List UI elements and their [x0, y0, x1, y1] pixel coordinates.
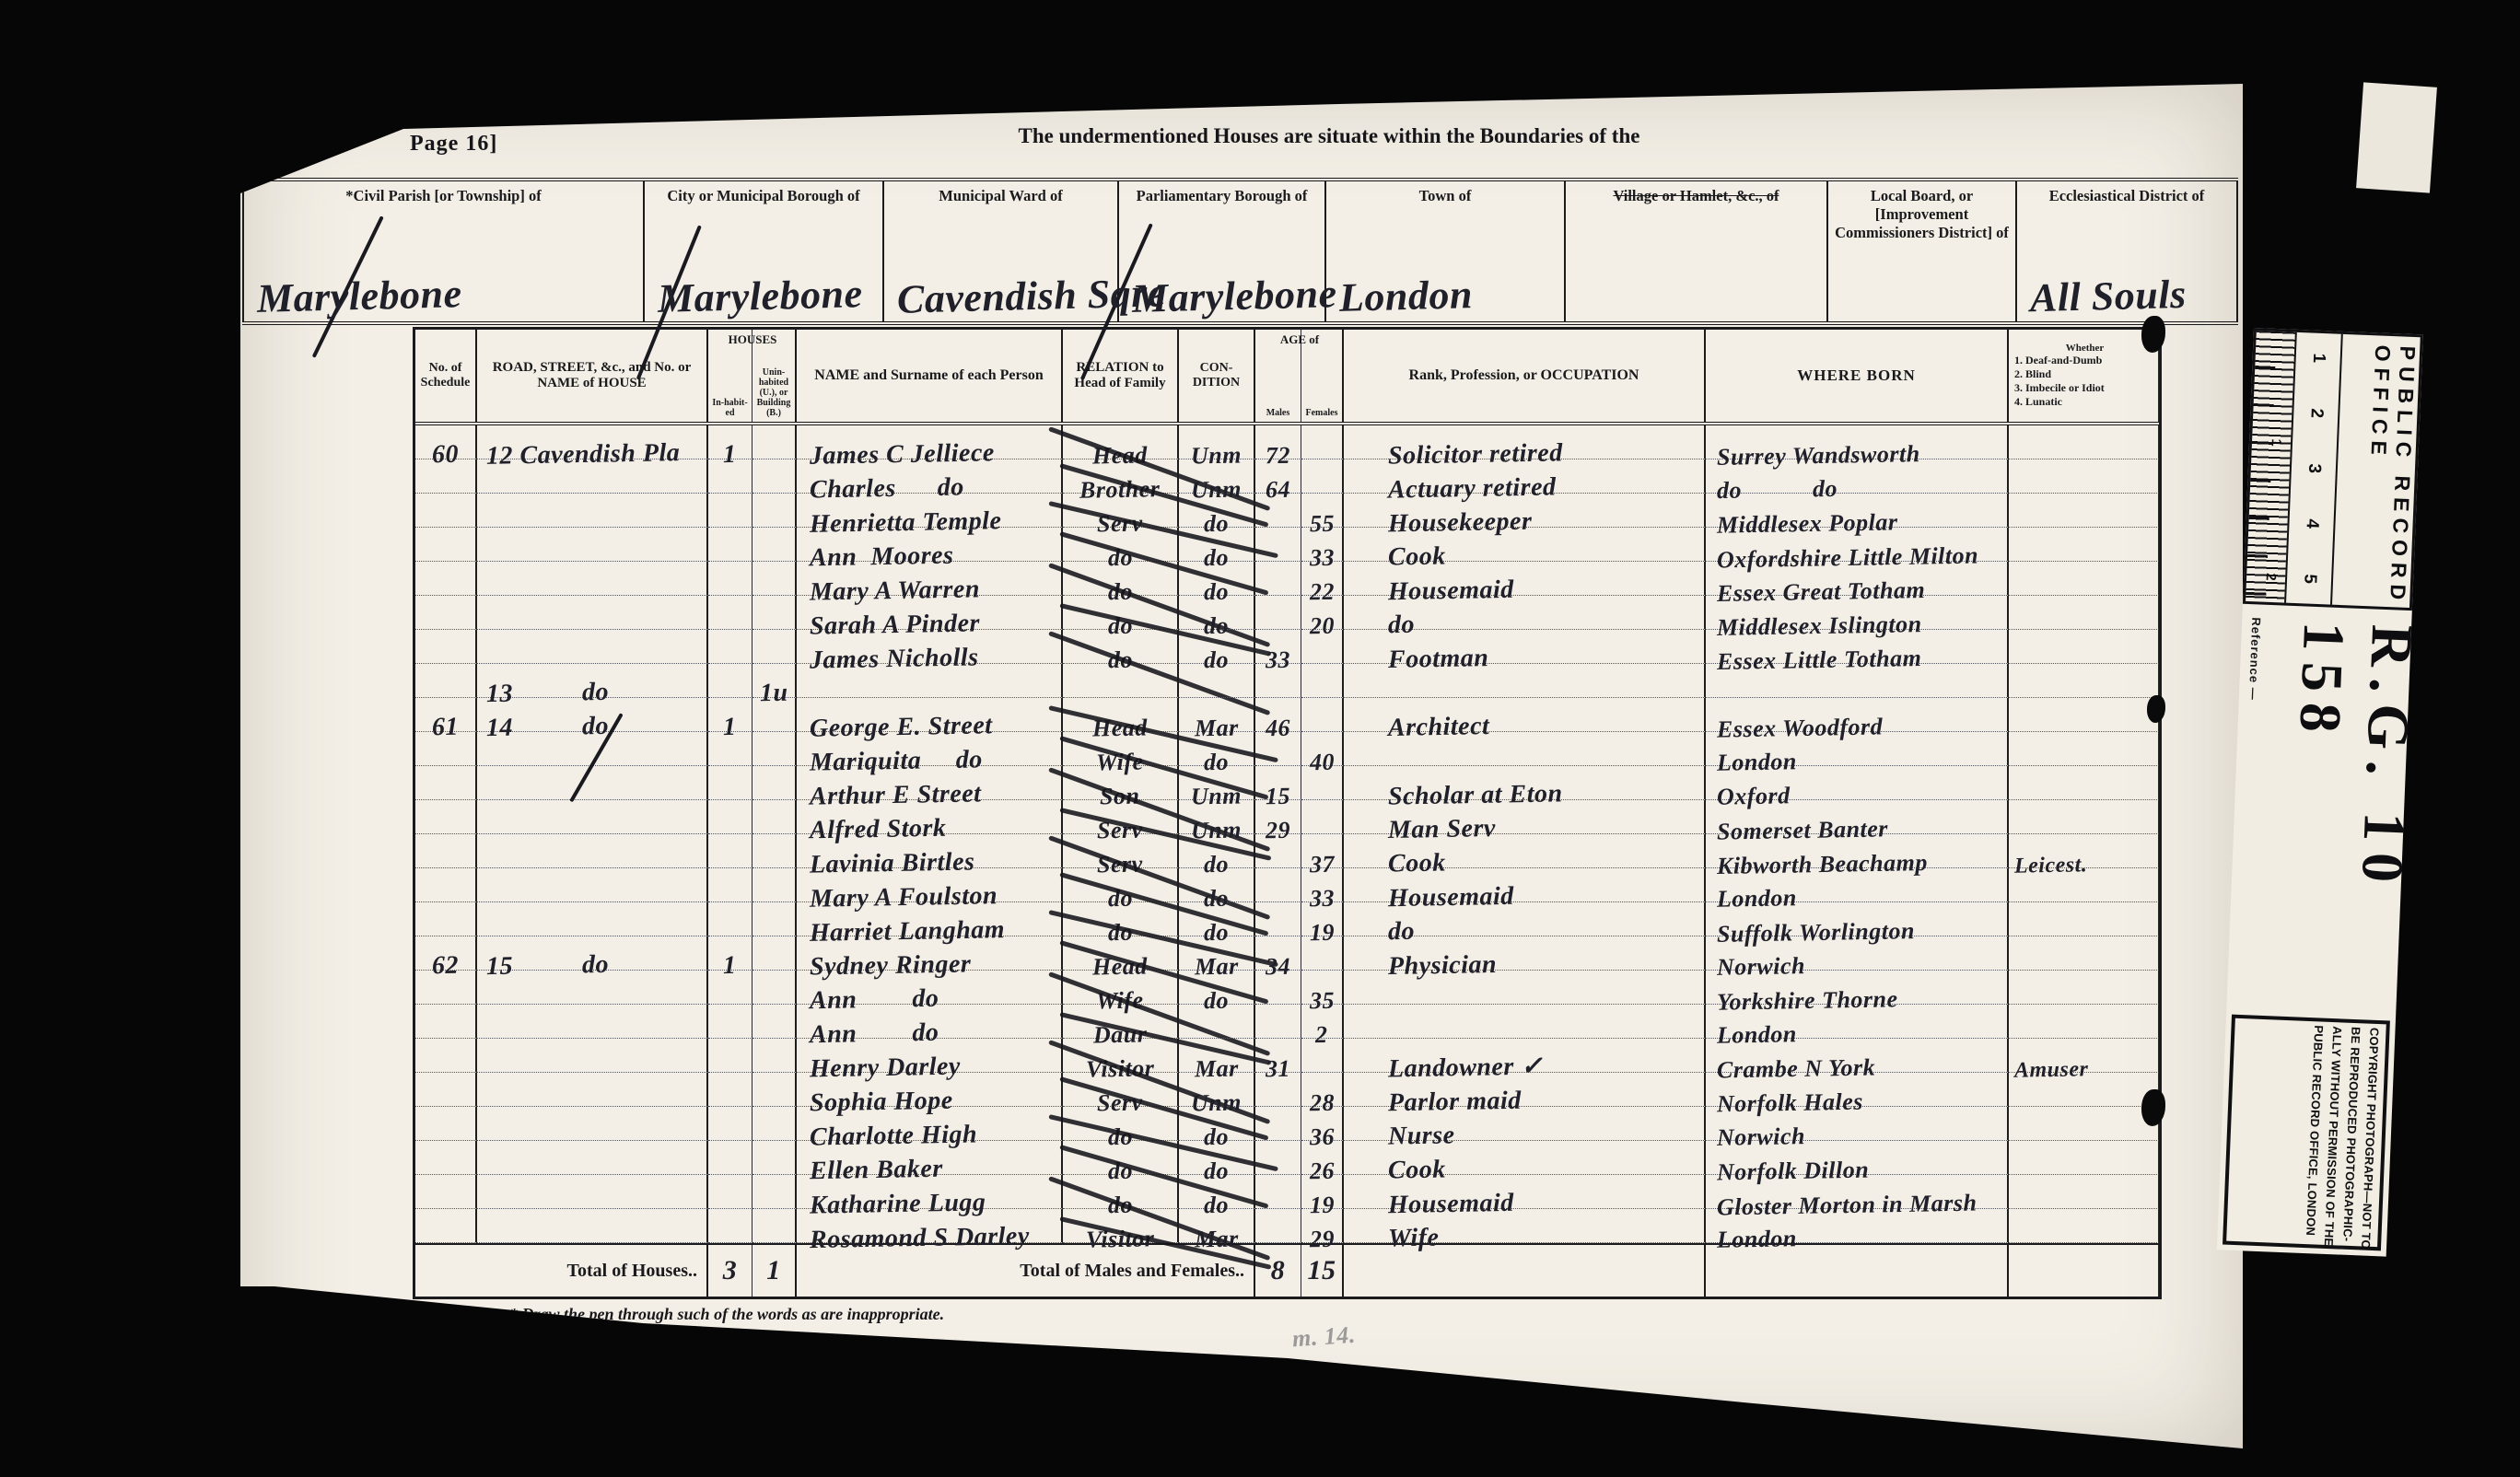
cell-occupation: Actuary retired: [1344, 459, 1706, 494]
header-inhabited: HOUSES In-habit-ed: [708, 330, 752, 422]
cell-schedule: [415, 800, 477, 834]
district-value: Marylebone: [256, 270, 462, 322]
cell-remarks: Leicest.: [2009, 834, 2159, 868]
table-row: Charlotte Highdodo36NurseNorwich: [415, 1107, 2159, 1141]
header-females-label: Females: [1306, 408, 1338, 418]
table-row: Ellen Bakerdodo26CookNorfolk Dillon: [415, 1141, 2159, 1175]
cell-age_f: 19: [1301, 902, 1344, 936]
reference-label: Reference —: [2246, 617, 2264, 701]
cell-age_m: [1255, 1107, 1301, 1141]
cell-remarks: [2009, 1175, 2159, 1209]
cell-schedule: [415, 1107, 477, 1141]
cell-occupation: do: [1344, 596, 1706, 630]
district-civil-parish: *Civil Parish [or Township] of Marylebon…: [242, 181, 645, 321]
census-table: No. of Schedule ROAD, STREET, &c., and N…: [413, 327, 2162, 1299]
table-row: Henrietta TempleServdo55HousekeeperMiddl…: [415, 494, 2159, 528]
cell-occupation: Architect: [1344, 698, 1706, 732]
cell-road: 12 Cavendish Pla: [477, 425, 708, 459]
cell-inh: [708, 1141, 752, 1175]
totals-empty-remarks: [2009, 1245, 2159, 1297]
cell-age_m: [1255, 1073, 1301, 1107]
cell-born: Oxford: [1706, 766, 2009, 800]
district-value: London: [1338, 271, 1473, 321]
cell-inh: 1: [708, 425, 752, 459]
cell-road: [477, 528, 708, 562]
district-municipal-ward: Municipal Ward of Cavendish Sqre: [884, 181, 1119, 321]
cell-age_f: [1301, 800, 1344, 834]
cell-age_m: 15: [1255, 766, 1301, 800]
cell-relation: Serv: [1063, 1073, 1179, 1107]
cell-condition: Mar: [1179, 1039, 1255, 1073]
district-value: Cavendish Sqre: [896, 269, 1166, 323]
microfilm-frame: Page 16] The undermentioned Houses are s…: [0, 0, 2520, 1477]
cell-name: James C Jelliece: [797, 425, 1063, 459]
cell-born: Yorkshire Thorne: [1706, 971, 2009, 1005]
cell-road: [477, 1073, 708, 1107]
cell-name: Mary A Foulston: [797, 868, 1063, 902]
cell-name: Charles do: [797, 459, 1063, 494]
cell-uninh: [752, 1175, 797, 1209]
cell-age_f: 33: [1301, 528, 1344, 562]
cell-occupation: Nurse: [1344, 1107, 1706, 1141]
cell-remarks: Amuser: [2009, 1039, 2159, 1073]
total-males: 8: [1271, 1255, 1286, 1286]
ruler-cm-number: 2: [2263, 573, 2279, 581]
cell-uninh: [752, 1039, 797, 1073]
district-local-board: Local Board, or [Improvement Commissione…: [1828, 181, 2017, 321]
cell-born: Essex Woodford: [1706, 698, 2009, 732]
cell-schedule: [415, 868, 477, 902]
cell-condition: do: [1179, 494, 1255, 528]
page-number: Page 16]: [410, 132, 497, 157]
header-where-born: WHERE BORN: [1706, 330, 2009, 422]
cell-age_f: 20: [1301, 596, 1344, 630]
district-town: Town of London: [1326, 181, 1566, 321]
cell-age_m: 46: [1255, 698, 1301, 732]
district-label: Local Board, or [Improvement Commissione…: [1828, 181, 2015, 241]
cell-text: Mar: [1194, 1228, 1238, 1250]
cell-name: Arthur E Street: [797, 766, 1063, 800]
cell-occupation: Cook: [1344, 528, 1706, 562]
cell-text: Wife: [1388, 1227, 1440, 1250]
total-houses-label: Total of Houses..: [415, 1245, 708, 1297]
table-row: Mary A Foulstondodo33HousemaidLondon: [415, 868, 2159, 902]
cell-condition: Unm: [1179, 425, 1255, 459]
district-label: Ecclesiastical District of: [2017, 181, 2236, 205]
cell-condition: do: [1179, 630, 1255, 664]
table-row: Henry DarleyVisitorMar31Landowner ✓Cramb…: [415, 1039, 2159, 1073]
header-infirmity: Whether 1. Deaf-and-Dumb 2. Blind 3. Imb…: [2009, 330, 2159, 422]
cell-road: [477, 494, 708, 528]
cell-occupation: Parlor maid: [1344, 1073, 1706, 1107]
cell-name: Henrietta Temple: [797, 494, 1063, 528]
cell-age_f: 33: [1301, 868, 1344, 902]
district-value: All Souls: [2029, 271, 2187, 321]
header-males-label: Males: [1266, 408, 1290, 418]
cell-schedule: [415, 596, 477, 630]
cell-born: Norwich: [1706, 936, 2009, 971]
cell-age_f: 26: [1301, 1141, 1344, 1175]
cell-uninh: [752, 459, 797, 494]
cell-inh: [708, 800, 752, 834]
cell-inh: 1: [708, 936, 752, 971]
cell-uninh: [752, 766, 797, 800]
cell-relation: Wife: [1063, 732, 1179, 766]
cell-occupation: Solicitor retired: [1344, 425, 1706, 459]
cell-remarks: [2009, 425, 2159, 459]
cell-uninh: [752, 630, 797, 664]
cell-age_m: [1255, 562, 1301, 596]
cell-inh: [708, 902, 752, 936]
cell-schedule: [415, 528, 477, 562]
cell-name: Katharine Lugg: [797, 1175, 1063, 1209]
cell-condition: do: [1179, 562, 1255, 596]
header-whether-label: Whether: [2066, 343, 2105, 355]
header-condition: CON- DITION: [1179, 330, 1255, 422]
cell-born: London: [1706, 1209, 2009, 1243]
cell-road: [477, 902, 708, 936]
header-schedule: No. of Schedule: [415, 330, 477, 422]
cell-relation: Visitor: [1063, 1209, 1179, 1243]
cell-inh: [708, 562, 752, 596]
cell-road: [477, 971, 708, 1005]
cell-occupation: Housemaid: [1344, 562, 1706, 596]
cell-road: [477, 1175, 708, 1209]
cell-occupation: Cook: [1344, 1141, 1706, 1175]
cell-relation: Head: [1063, 936, 1179, 971]
table-row: Rosamond S DarleyVisitorMar29WifeLondon: [415, 1209, 2159, 1243]
cell-inh: [708, 1209, 752, 1243]
cell-occupation: Cook: [1344, 834, 1706, 868]
cell-age_f: 36: [1301, 1107, 1344, 1141]
cell-age_m: [1255, 664, 1301, 698]
table-row: Mary A Warrendodo22HousemaidEssex Great …: [415, 562, 2159, 596]
cell-relation: do: [1063, 1141, 1179, 1175]
cell-uninh: [752, 528, 797, 562]
totals-empty-occupation: [1344, 1245, 1706, 1297]
cell-inh: [708, 528, 752, 562]
cell-condition: do: [1179, 528, 1255, 562]
cell-occupation: [1344, 664, 1706, 698]
cell-condition: Unm: [1179, 459, 1255, 494]
cell-age_f: [1301, 698, 1344, 732]
cell-schedule: 61: [415, 698, 477, 732]
cell-age_f: 19: [1301, 1175, 1344, 1209]
cell-remarks: [2009, 936, 2159, 971]
ruler-cm-number: 1: [2269, 438, 2284, 447]
cell-text: London: [1717, 1228, 1797, 1250]
table-row: 6012 Cavendish Pla1James C JellieceHeadU…: [415, 425, 2159, 459]
district-village-hamlet: Village or Hamlet, &c., of: [1566, 181, 1828, 321]
header-age-females: Females: [1301, 330, 1344, 422]
cell-road: [477, 1005, 708, 1039]
cell-born: London: [1706, 1005, 2009, 1039]
cell-condition: [1179, 664, 1255, 698]
pro-film-strip: 1 2 1 2 3 4 5 PUBLIC RECORD OFFICE Refer…: [2217, 328, 2423, 1257]
census-table-body: 6012 Cavendish Pla1James C JellieceHeadU…: [415, 425, 2159, 1243]
cell-name: [797, 664, 1063, 698]
cell-age_f: [1301, 630, 1344, 664]
cell-remarks: [2009, 596, 2159, 630]
cell-born: London: [1706, 868, 2009, 902]
reference-section: Reference — R.G. 10 158: [2226, 604, 2412, 1019]
cell-uninh: 1u: [752, 664, 797, 698]
totals-row: Total of Houses.. 3 1 Total of Males and…: [415, 1243, 2159, 1297]
cell-road: 13 do: [477, 664, 708, 698]
cell-born: Middlesex Islington: [1706, 596, 2009, 630]
cell-name: Sarah A Pinder: [797, 596, 1063, 630]
cell-schedule: [415, 1005, 477, 1039]
cell-text: 29: [1309, 1229, 1334, 1250]
cell-age_f: [1301, 664, 1344, 698]
cell-road: [477, 868, 708, 902]
cell-remarks: [2009, 698, 2159, 732]
cell-name: Mariquita do: [797, 732, 1063, 766]
cell-uninh: [752, 902, 797, 936]
cell-remarks: [2009, 528, 2159, 562]
table-row: 6114 do1George E. StreetHeadMar46Archite…: [415, 698, 2159, 732]
table-row: 13 do1u: [415, 664, 2159, 698]
cell-relation: do: [1063, 528, 1179, 562]
district-label: *Civil Parish [or Township] of: [244, 181, 643, 205]
cell-schedule: [415, 1073, 477, 1107]
cell-remarks: [2009, 971, 2159, 1005]
totals-empty-born: [1706, 1245, 2009, 1297]
cell-remarks: [2009, 1141, 2159, 1175]
cell-condition: do: [1179, 868, 1255, 902]
cell-name: Ann do: [797, 1005, 1063, 1039]
cell-road: [477, 1039, 708, 1073]
district-label: City or Municipal Borough of: [645, 181, 882, 205]
cell-age_m: [1255, 834, 1301, 868]
cell-condition: do: [1179, 596, 1255, 630]
cell-inh: [708, 766, 752, 800]
header-occupation: Rank, Profession, or OCCUPATION: [1344, 330, 1706, 422]
cell-age_m: [1255, 868, 1301, 902]
cell-born: Norfolk Hales: [1706, 1073, 2009, 1107]
cell-age_f: 28: [1301, 1073, 1344, 1107]
cell-uninh: [752, 971, 797, 1005]
cell-name: Sophia Hope: [797, 1073, 1063, 1107]
ruler-inch-number: 1: [2308, 353, 2328, 363]
district-parliamentary-borough: Parliamentary Borough of Marylebone: [1119, 181, 1326, 321]
cell-inh: [708, 459, 752, 494]
header-age-males: AGE of Males: [1255, 330, 1301, 422]
cell-born: Crambe N York: [1706, 1039, 2009, 1073]
cell-condition: Unm: [1179, 766, 1255, 800]
cell-occupation: Physician: [1344, 936, 1706, 971]
district-label: Parliamentary Borough of: [1119, 181, 1324, 205]
cell-name: Rosamond S Darley: [797, 1209, 1063, 1243]
cell-age_m: [1255, 732, 1301, 766]
page-title: The undermentioned Houses are situate wi…: [869, 124, 1790, 148]
cell-occupation: Housemaid: [1344, 1175, 1706, 1209]
cell-remarks: [2009, 664, 2159, 698]
cell-age_m: [1255, 1005, 1301, 1039]
film-edge-patch: [2356, 82, 2437, 192]
table-row: Sarah A Pinderdodo20doMiddlesex Islingto…: [415, 596, 2159, 630]
cell-born: Norwich: [1706, 1107, 2009, 1141]
cell-road: [477, 596, 708, 630]
cell-condition: do: [1179, 834, 1255, 868]
cell-remarks: [2009, 1209, 2159, 1243]
cell-uninh: [752, 494, 797, 528]
cell-remarks: [2009, 562, 2159, 596]
total-females: 15: [1308, 1255, 1336, 1286]
cell-relation: Daur: [1063, 1005, 1179, 1039]
cell-name: James Nicholls: [797, 630, 1063, 664]
cell-born: Essex Little Totham: [1706, 630, 2009, 664]
cell-remarks: [2009, 1073, 2159, 1107]
cell-schedule: [415, 834, 477, 868]
header-name: NAME and Surname of each Person: [797, 330, 1063, 422]
cell-schedule: [415, 562, 477, 596]
cell-occupation: Housekeeper: [1344, 494, 1706, 528]
cell-text: Rosamond S Darley: [810, 1226, 1030, 1251]
cell-uninh: [752, 1141, 797, 1175]
cell-age_m: [1255, 902, 1301, 936]
cell-name: Alfred Stork: [797, 800, 1063, 834]
cell-occupation: [1344, 1005, 1706, 1039]
header-relation: RELATION to Head of Family: [1063, 330, 1179, 422]
cell-schedule: [415, 1209, 477, 1243]
cell-uninh: [752, 868, 797, 902]
cell-name: Charlotte High: [797, 1107, 1063, 1141]
cell-occupation: Landowner ✓: [1344, 1039, 1706, 1073]
header-infirmity-line: 2. Blind: [2014, 367, 2051, 381]
header-infirmity-line: 4. Lunatic: [2014, 395, 2062, 409]
cell-occupation: Housemaid: [1344, 868, 1706, 902]
ruler-inch-number: 5: [2299, 574, 2319, 584]
cell-occupation: Scholar at Eton: [1344, 766, 1706, 800]
cell-occupation: [1344, 732, 1706, 766]
ruler-inch-number: 2: [2305, 408, 2326, 418]
cell-schedule: 60: [415, 425, 477, 459]
cell-uninh: [752, 1209, 797, 1243]
cell-name: Lavinia Birtles: [797, 834, 1063, 868]
district-label: Municipal Ward of: [884, 181, 1117, 205]
cell-age_m: [1255, 1141, 1301, 1175]
cell-inh: [708, 868, 752, 902]
ink-blot: [2141, 1089, 2165, 1126]
district-label: Town of: [1326, 181, 1564, 205]
cell-condition: do: [1179, 1175, 1255, 1209]
cell-schedule: [415, 971, 477, 1005]
cell-uninh: [752, 562, 797, 596]
header-uninhabited-label: Unin-habited (U.), or Building (B.): [755, 367, 792, 418]
cell-inh: [708, 1073, 752, 1107]
district-municipal-borough: City or Municipal Borough of Marylebone: [645, 181, 884, 321]
cell-inh: 1: [708, 698, 752, 732]
cell-age_f: 40: [1301, 732, 1344, 766]
cell-uninh: [752, 800, 797, 834]
cell-name: Ann Moores: [797, 528, 1063, 562]
cell-age_f: [1301, 766, 1344, 800]
cell-age_m: [1255, 1209, 1301, 1243]
cell-age_m: 72: [1255, 425, 1301, 459]
table-row: Ann Mooresdodo33CookOxfordshire Little M…: [415, 528, 2159, 562]
cell-born: Kibworth Beachamp: [1706, 834, 2009, 868]
cell-schedule: [415, 1175, 477, 1209]
census-table-header: No. of Schedule ROAD, STREET, &c., and N…: [415, 330, 2159, 425]
cell-remarks: [2009, 494, 2159, 528]
total-houses-uninhabited: 1: [766, 1255, 781, 1286]
cell-schedule: 62: [415, 936, 477, 971]
cell-age_m: 64: [1255, 459, 1301, 494]
cell-age_m: [1255, 1175, 1301, 1209]
cell-road: [477, 630, 708, 664]
cell-born: do do: [1706, 459, 2009, 494]
cell-age_f: [1301, 936, 1344, 971]
cell-uninh: [752, 1005, 797, 1039]
cell-road: [477, 766, 708, 800]
cell-road: [477, 459, 708, 494]
cell-uninh: [752, 698, 797, 732]
cell-remarks: [2009, 732, 2159, 766]
cell-relation: do: [1063, 868, 1179, 902]
cell-remarks: [2009, 630, 2159, 664]
cell-remarks: [2009, 1005, 2159, 1039]
cell-uninh: [752, 1073, 797, 1107]
cell-occupation: [1344, 971, 1706, 1005]
table-row: Mariquita doWifedo40London: [415, 732, 2159, 766]
district-header-row: *Civil Parish [or Township] of Marylebon…: [242, 178, 2238, 325]
cell-relation: do: [1063, 596, 1179, 630]
cell-born: London: [1706, 732, 2009, 766]
cell-uninh: [752, 936, 797, 971]
cell-occupation: do: [1344, 902, 1706, 936]
cell-remarks: [2009, 459, 2159, 494]
cell-road: [477, 562, 708, 596]
cell-age_m: [1255, 528, 1301, 562]
cell-schedule: [415, 732, 477, 766]
cell-born: Oxfordshire Little Milton: [1706, 528, 2009, 562]
cell-uninh: [752, 834, 797, 868]
total-houses-inhabited: 3: [723, 1255, 738, 1286]
district-label: Village or Hamlet, &c., of: [1566, 181, 1826, 205]
ink-blot: [2147, 695, 2165, 723]
table-row: Ann doWifedo35Yorkshire Thorne: [415, 971, 2159, 1005]
cell-schedule: [415, 902, 477, 936]
ruler-inch-number: 3: [2304, 463, 2324, 473]
cell-age_m: 34: [1255, 936, 1301, 971]
cell-schedule: [415, 766, 477, 800]
cell-condition: Unm: [1179, 800, 1255, 834]
cell-born: Suffolk Worlington: [1706, 902, 2009, 936]
cell-inh: [708, 1107, 752, 1141]
cell-relation: Serv: [1063, 800, 1179, 834]
district-ecclesiastical: Ecclesiastical District of All Souls: [2017, 181, 2238, 321]
cell-age_m: 29: [1255, 800, 1301, 834]
cell-road: 15 do: [477, 936, 708, 971]
table-row: James Nichollsdodo33FootmanEssex Little …: [415, 630, 2159, 664]
cell-age_m: [1255, 494, 1301, 528]
cell-condition: do: [1179, 902, 1255, 936]
cell-uninh: [752, 425, 797, 459]
cell-schedule: [415, 1141, 477, 1175]
cell-age_f: [1301, 1039, 1344, 1073]
copyright-notice: COPYRIGHT PHOTOGRAPH—NOT TO BE REPRODUCE…: [2222, 1015, 2390, 1251]
cell-inh: [708, 630, 752, 664]
cell-age_f: 29: [1301, 1209, 1344, 1243]
table-row: 6215 do1Sydney RingerHeadMar34PhysicianN…: [415, 936, 2159, 971]
cell-age_f: [1301, 425, 1344, 459]
table-row: Arthur E StreetSonUnm15Scholar at EtonOx…: [415, 766, 2159, 800]
cell-road: [477, 800, 708, 834]
cell-inh: [708, 971, 752, 1005]
cell-road: [477, 1141, 708, 1175]
cell-age_f: 37: [1301, 834, 1344, 868]
